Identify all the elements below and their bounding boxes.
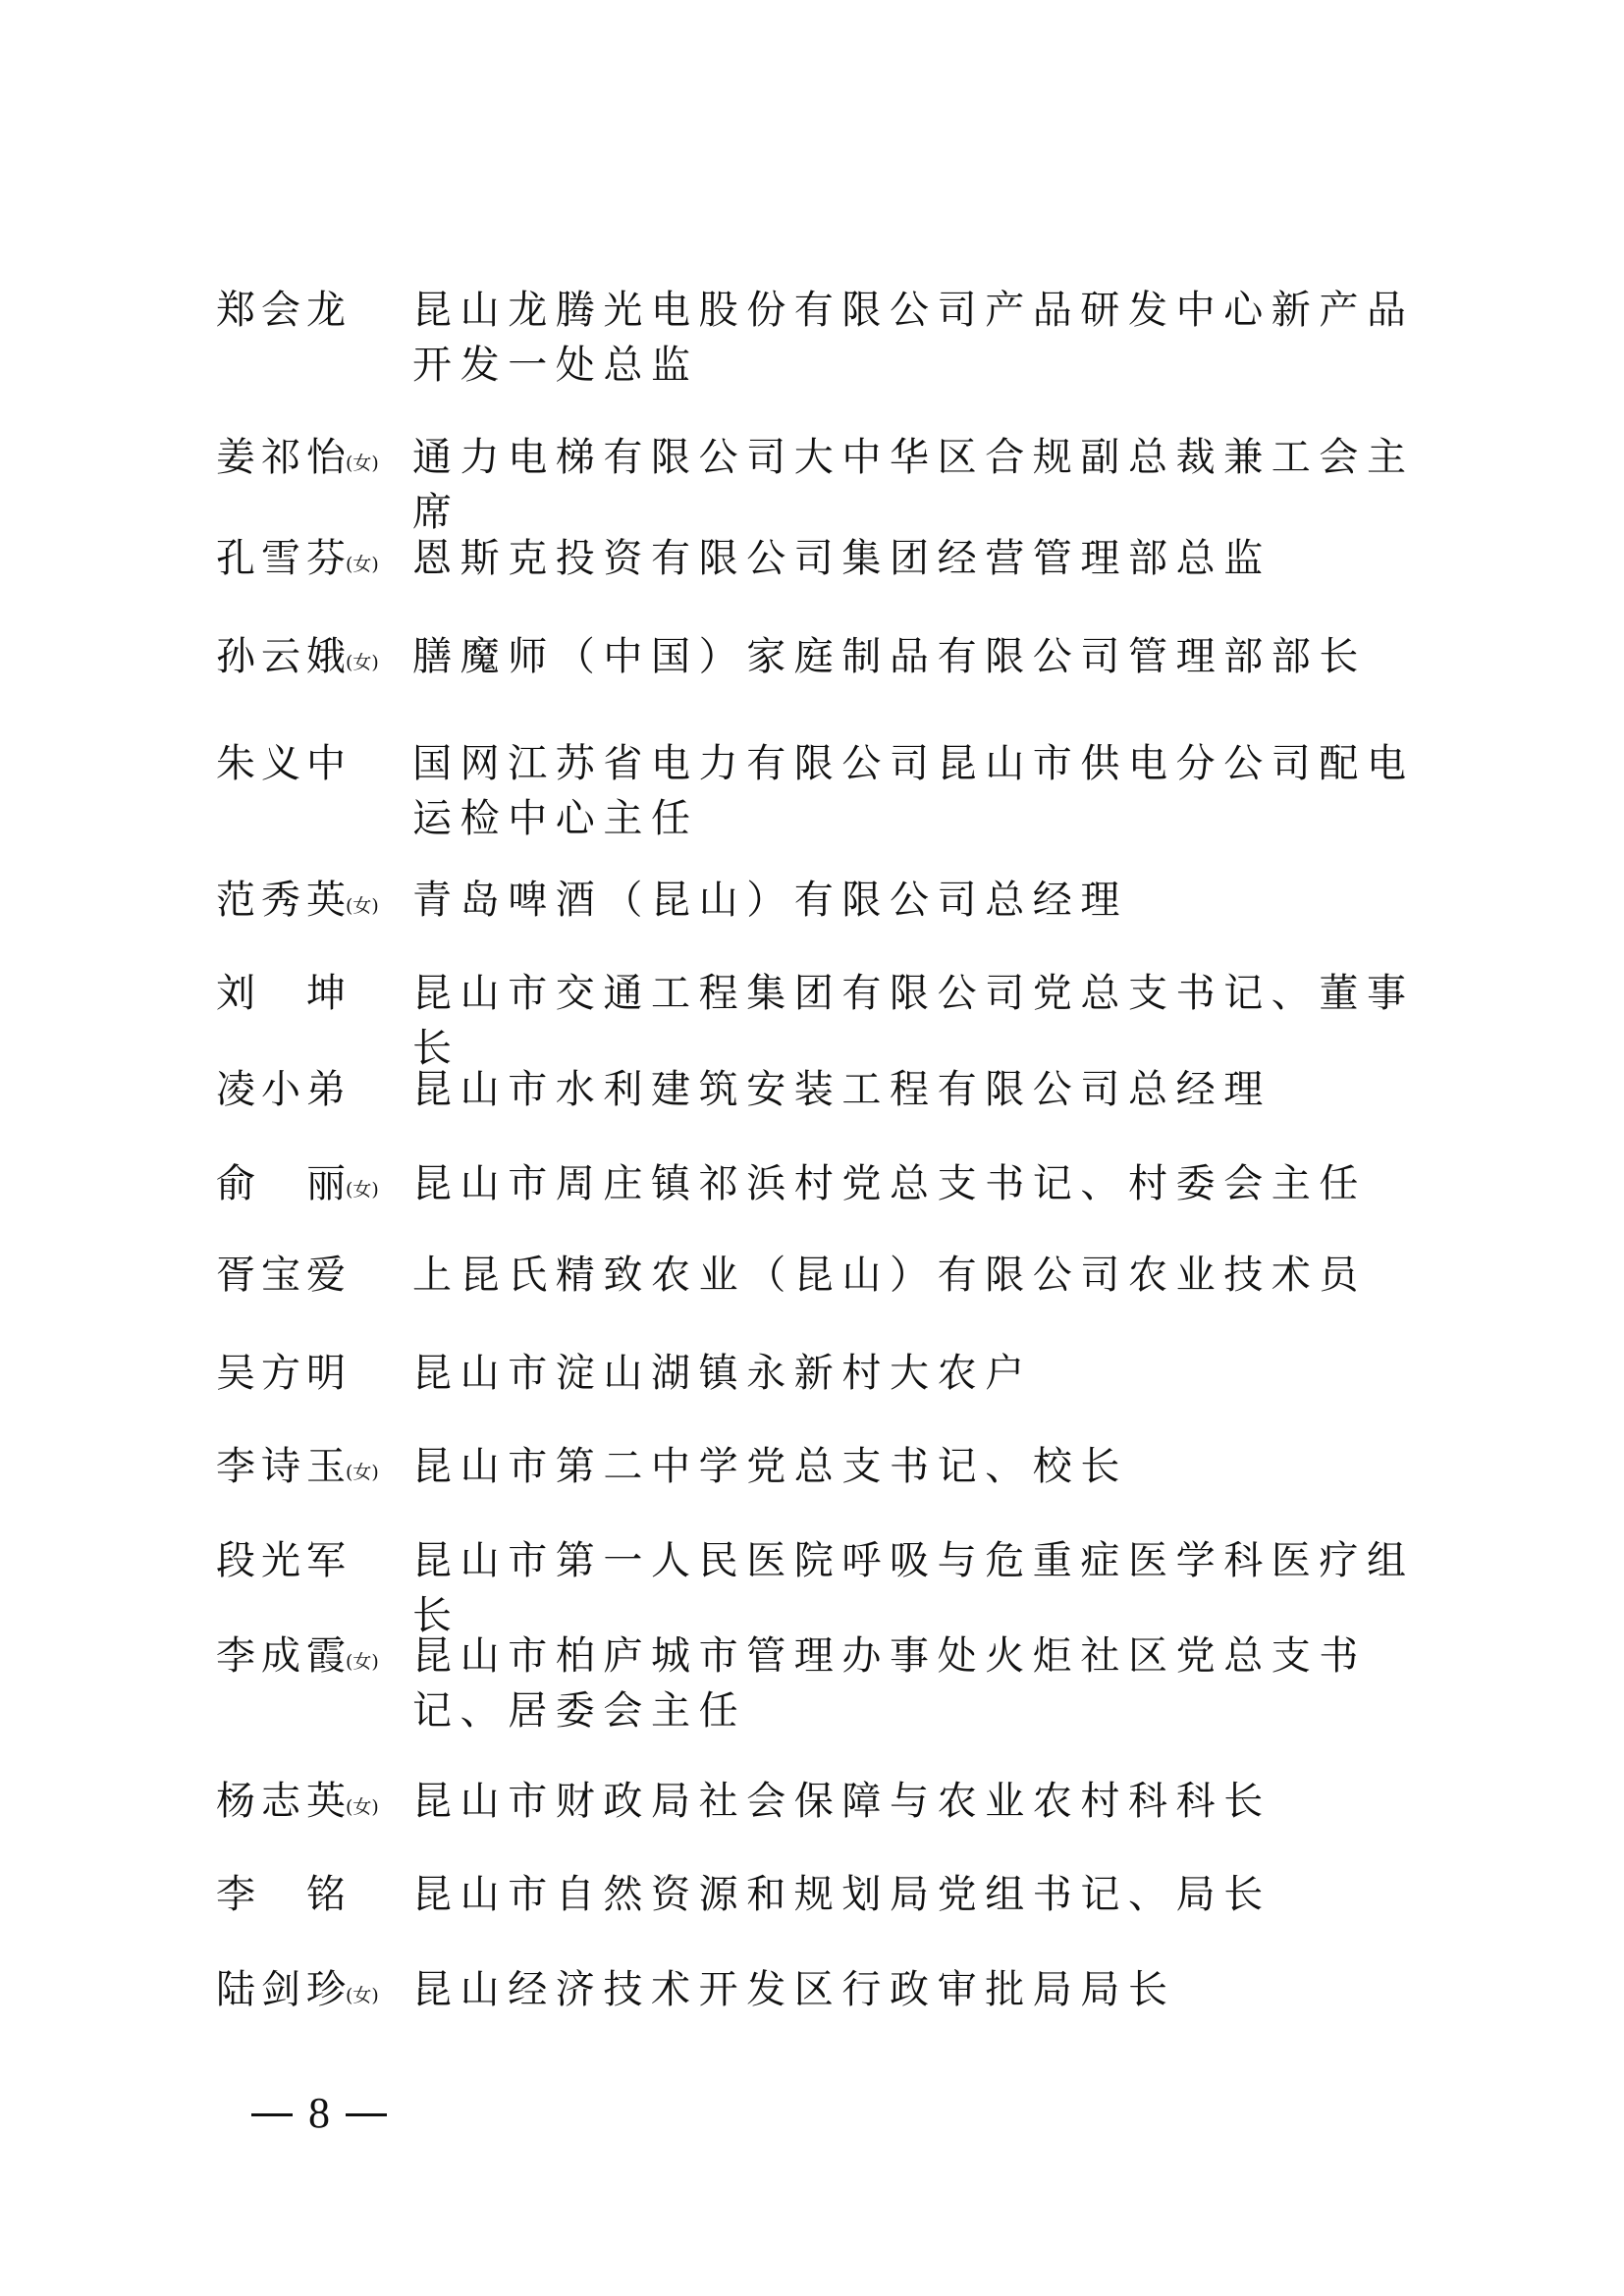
female-mark: (女) [346,1968,379,2023]
female-mark: (女) [346,1162,379,1217]
affiliation: 昆山市交通工程集团有限公司党总支书记、董事长 [412,966,1443,1076]
affiliation: 昆山市第一人民医院呼吸与危重症医学科医疗组长 [412,1533,1443,1643]
dash-right [346,2113,387,2116]
person-name: 杨志英 [216,1774,352,1829]
affiliation: 通力电梯有限公司大中华区合规副总裁兼工会主席 [412,430,1443,540]
affiliation: 国网江苏省电力有限公司昆山市供电分公司配电运检中心主任 [412,736,1443,846]
affiliation: 昆山经济技术开发区行政审批局局长 [412,1962,1443,2017]
person-name: 范秀英 [216,873,352,928]
person-name: 郑会龙 [216,283,352,338]
person-name: 李成霞 [216,1629,352,1683]
person-name: 孔雪芬 [216,531,352,586]
affiliation: 膳魔师（中国）家庭制品有限公司管理部部长 [412,629,1443,684]
person-name: 刘 坤 [216,966,352,1021]
female-mark: (女) [346,1445,379,1500]
female-mark: (女) [346,635,379,690]
person-name: 俞 丽 [216,1156,352,1211]
person-name: 姜祁怡 [216,430,352,485]
affiliation: 昆山龙腾光电股份有限公司产品研发中心新产品开发一处总监 [412,283,1443,393]
affiliation: 昆山市柏庐城市管理办事处火炬社区党总支书记、居委会主任 [412,1629,1443,1738]
page-number: 8 [236,2089,403,2138]
affiliation: 昆山市第二中学党总支书记、校长 [412,1439,1443,1494]
person-name: 李诗玉 [216,1439,352,1494]
person-name: 陆剑珍 [216,1962,352,2017]
affiliation: 上昆氏精致农业（昆山）有限公司农业技术员 [412,1248,1443,1303]
person-name: 段光军 [216,1533,352,1588]
document-page: 郑会龙 昆山龙腾光电股份有限公司产品研发中心新产品开发一处总监 姜祁怡 (女) … [0,0,1624,2296]
affiliation: 昆山市财政局社会保障与农业农村科科长 [412,1774,1443,1829]
female-mark: (女) [346,537,379,592]
person-name: 凌小弟 [216,1062,352,1117]
dash-left [251,2113,293,2116]
female-mark: (女) [346,879,379,934]
person-name: 孙云娥 [216,629,352,684]
person-name: 胥宝爱 [216,1248,352,1303]
female-mark: (女) [346,1780,379,1835]
affiliation: 昆山市淀山湖镇永新村大农户 [412,1346,1443,1401]
female-mark: (女) [346,1634,379,1689]
affiliation: 昆山市自然资源和规划局党组书记、局长 [412,1867,1443,1922]
person-name: 朱义中 [216,736,352,791]
affiliation: 昆山市周庄镇祁浜村党总支书记、村委会主任 [412,1156,1443,1211]
affiliation: 恩斯克投资有限公司集团经营管理部总监 [412,531,1443,586]
page-number-value: 8 [308,2089,330,2137]
person-name: 吴方明 [216,1346,352,1401]
affiliation: 昆山市水利建筑安装工程有限公司总经理 [412,1062,1443,1117]
affiliation: 青岛啤酒（昆山）有限公司总经理 [412,873,1443,928]
female-mark: (女) [346,436,379,491]
person-name: 李 铭 [216,1867,352,1922]
